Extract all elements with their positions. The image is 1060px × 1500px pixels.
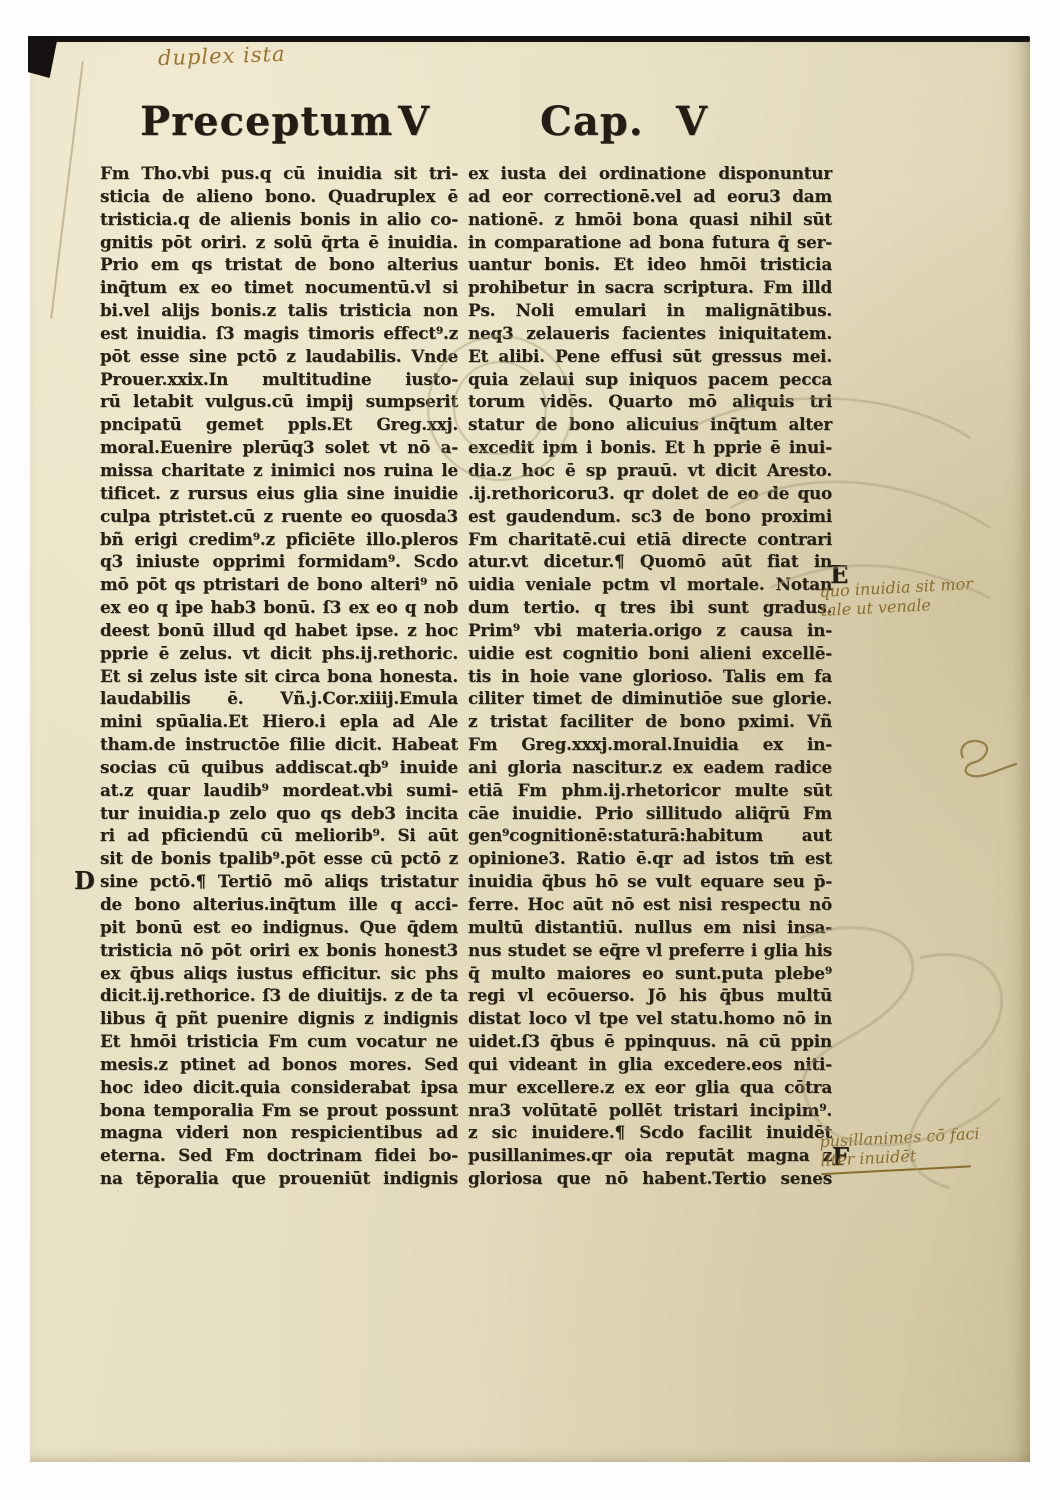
text-line: gen⁹cognitionē:staturā:habitum aut [468,824,832,847]
text-line: mesis.z ptinet ad bonos mores. Sed [100,1053,458,1076]
text-line: uidie est cognitio boni alieni excellē- [468,642,832,665]
text-line: etiā Fm phm.ij.rhetoricor multe sūt [468,779,832,802]
marginal-letter-d: D [74,866,95,895]
text-line: sit de bonis tpalib⁹.pōt esse cū pctō z [100,847,458,870]
text-line: de bono alterius.inq̄tum ille q acci- [100,893,458,916]
text-line: mini spūalia.Et Hiero.i epla ad Ale [100,710,458,733]
header-cap: Cap. [540,98,644,145]
text-line: libus q̄ pñt puenire dignis z indignis [100,1007,458,1030]
text-line: nationē. z hmōi bona quasi nihil sūt [468,208,832,231]
text-line: inq̄tum ex eo timet nocumentū.vl si [100,276,458,299]
text-line: deest bonū illud qd habet ipse. z hoc [100,619,458,642]
text-line: ex iusta dei ordinatione disponuntur [468,162,832,185]
text-line: ani gloria nascitur.z ex eadem radice [468,756,832,779]
text-line: sine pctō.¶ Tertiō mō aliqs tristatur [100,870,458,893]
text-line: ciliter timet de diminutiōe sue glorie. [468,687,832,710]
text-line: tham.de instructōe filie dicit. Habeat [100,733,458,756]
header-preceptum: Preceptum [140,98,393,145]
text-line: Et si zelus iste sit circa bona honesta. [100,665,458,688]
blind-stamp-flourish [670,368,1000,628]
header-numeral-right: V [676,98,708,145]
scan-edge-shadow [30,36,1030,42]
text-line: at.z quar laudib⁹ mordeat.vbi sumi- [100,779,458,802]
blind-stamp-circle [390,308,610,508]
book-page: duplex ista Preceptum V Cap. V Fm Tho.vb… [30,38,1030,1462]
text-line: culpa ptristet.cū z ruente eo quosda3 [100,505,458,528]
text-line: Et hmōi tristicia Fm cum vocatur ne [100,1030,458,1053]
text-line: cāe inuidie. Prio sillitudo aliq̄rū Fm [468,802,832,825]
text-line: laudabilis ē. Vñ.j.Cor.xiiij.Emula [100,687,458,710]
text-line: tis in hoie vane glorioso. Talis em fa [468,665,832,688]
margin-ink-doodle [955,728,1035,788]
scan-background: duplex ista Preceptum V Cap. V Fm Tho.vb… [0,0,1060,1500]
header-numeral-left: V [398,98,430,145]
text-line: dicit.ij.rethorice. ſ3 de diuitijs. z de… [100,984,458,1007]
text-line: Fm Greg.xxxj.moral.Inuidia ex in- [468,733,832,756]
text-line: socias cū quibus addiscat.qb⁹ inuide [100,756,458,779]
text-line: ad eor correctionē.vel ad eoru3 dam [468,185,832,208]
text-line: ri ad pficiendū cū meliorib⁹. Si aūt [100,824,458,847]
text-line: inuidia q̄bus hō se vult equare seu p̄- [468,870,832,893]
text-line: hoc ideo dicit.quia considerabat ipsa [100,1076,458,1099]
text-line: Prio em qs tristat de bono alterius [100,253,458,276]
text-line: pit bonū est eo indignus. Que q̄dem [100,916,458,939]
text-line: eterna. Sed Fm doctrinam fidei bo- [100,1144,458,1167]
text-line: bñ erigi credim⁹.z pficiēte illo.pleros [100,528,458,551]
text-line: z tristat faciliter de bono pximi. Vñ [468,710,832,733]
text-line: opinione3. Ratio ē.qr ad istos tm̄ est [468,847,832,870]
text-line: bona temporalia Fm se prout possunt [100,1099,458,1122]
text-line: ex eo q ipe hab3 bonū. ſ3 ex eo q nob [100,596,458,619]
text-line: mō pōt qs ptristari de bono alteri⁹ nō [100,573,458,596]
text-line: ex q̄bus aliqs iustus efficitur. sic phs [100,962,458,985]
text-line: in comparatione ad bona futura q̄ ser- [468,231,832,254]
text-line: tristicia nō pōt oriri ex bonis honest3 [100,939,458,962]
text-line: pprie ē zelus. vt dicit phs.ij.rethoric. [100,642,458,665]
text-line: prohibetur in sacra scriptura. Fm illd [468,276,832,299]
text-line: q3 iniuste opprimi formidam⁹. Scdo [100,550,458,573]
text-line: magna videri non respicientibus ad [100,1121,458,1144]
text-line: tur inuidia.p zelo quo qs deb3 incita [100,802,458,825]
page-header: Preceptum V Cap. V [30,98,1030,148]
text-line: tristicia.q de alienis bonis in alio co- [100,208,458,231]
text-line: Fm Tho.vbi pus.q cū inuidia sit tri- [100,162,458,185]
text-line: uantur bonis. Et ideo hmōi tristicia [468,253,832,276]
top-manuscript-annotation: duplex ista [158,42,286,70]
text-line: na tēporalia que proueniūt indignis [100,1167,458,1190]
text-line: sticia de alieno bono. Quadruplex ē [100,185,458,208]
text-line: gnitis pōt oriri. z solū q̄rta ē inuidia… [100,231,458,254]
blind-stamp-monogram [720,898,1040,1218]
